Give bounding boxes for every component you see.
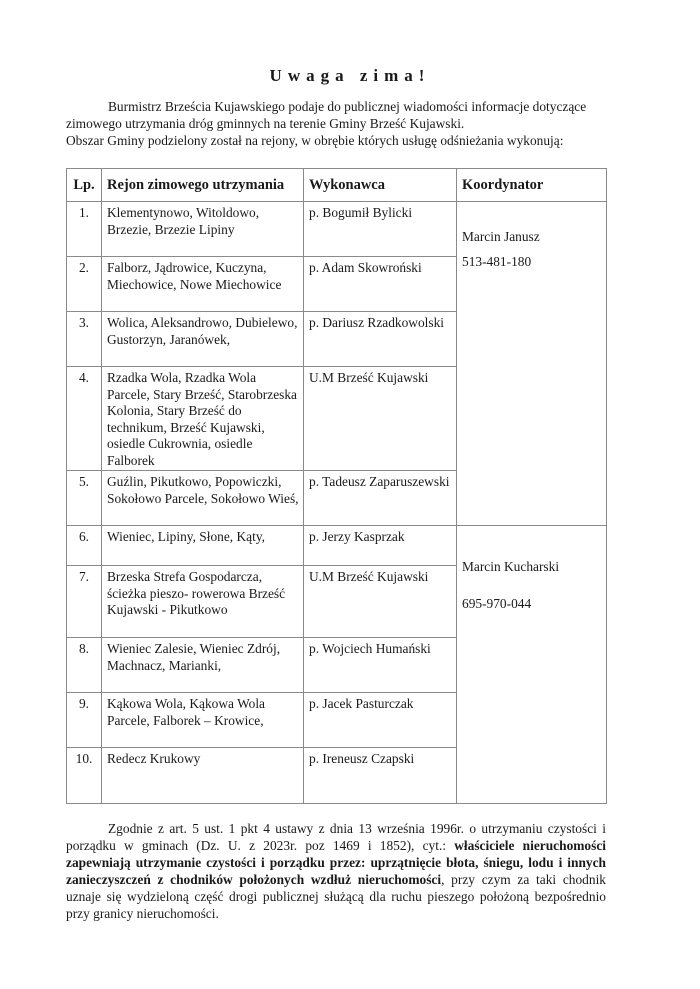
header-lp: Lp. — [67, 169, 102, 202]
table-header-row: Lp. Rejon zimowego utrzymania Wykonawca … — [67, 169, 607, 202]
coordinator-name: Marcin Kucharski — [462, 559, 602, 576]
row-contractor: p. Adam Skowroński — [304, 257, 457, 312]
table-row: 6. Wieniec, Lipiny, Słone, Kąty, p. Jerz… — [67, 526, 607, 566]
coordinator-phone: 695-970-044 — [462, 596, 602, 613]
row-contractor: p. Dariusz Rzadkowolski — [304, 312, 457, 367]
row-lp: 7. — [67, 566, 102, 638]
row-contractor: p. Wojciech Humański — [304, 638, 457, 693]
row-contractor: p. Tadeusz Zaparuszewski — [304, 471, 457, 526]
row-contractor: p. Jacek Pasturczak — [304, 693, 457, 748]
row-region: Redecz Krukowy — [102, 748, 304, 804]
intro-paragraph-2: Obszar Gminy podzielony został na rejony… — [66, 132, 606, 149]
coordinator-name: Marcin Janusz — [462, 229, 602, 246]
row-lp: 1. — [67, 202, 102, 257]
row-contractor: p. Ireneusz Czapski — [304, 748, 457, 804]
header-contractor: Wykonawca — [304, 169, 457, 202]
row-lp: 3. — [67, 312, 102, 367]
row-lp: 5. — [67, 471, 102, 526]
row-region: Wieniec Zalesie, Wieniec Zdrój, Machnacz… — [102, 638, 304, 693]
coordinator-cell-1: Marcin Janusz 513-481-180 — [457, 202, 607, 526]
row-contractor: U.M Brześć Kujawski — [304, 367, 457, 471]
row-region: Brzeska Strefa Gospodarcza, ścieżka pies… — [102, 566, 304, 638]
row-region: Klementynowo, Witoldowo, Brzezie, Brzezi… — [102, 202, 304, 257]
row-region: Falborz, Jądrowice, Kuczyna, Miechowice,… — [102, 257, 304, 312]
header-coordinator: Koordynator — [457, 169, 607, 202]
row-region: Wolica, Aleksandrowo, Dubielewo, Gustorz… — [102, 312, 304, 367]
table-row: 1. Klementynowo, Witoldowo, Brzezie, Brz… — [67, 202, 607, 257]
intro-text: Burmistrz Brześcia Kujawskiego podaje do… — [66, 98, 606, 149]
winter-maintenance-table: Lp. Rejon zimowego utrzymania Wykonawca … — [66, 168, 607, 804]
coordinator-phone: 513-481-180 — [462, 254, 602, 271]
intro-paragraph-1: Burmistrz Brześcia Kujawskiego podaje do… — [66, 98, 606, 132]
row-lp: 2. — [67, 257, 102, 312]
row-contractor: p. Jerzy Kasprzak — [304, 526, 457, 566]
header-region: Rejon zimowego utrzymania — [102, 169, 304, 202]
coordinator-cell-2: Marcin Kucharski 695-970-044 — [457, 526, 607, 804]
row-region: Rzadka Wola, Rzadka Wola Parcele, Stary … — [102, 367, 304, 471]
row-lp: 4. — [67, 367, 102, 471]
row-lp: 8. — [67, 638, 102, 693]
row-lp: 9. — [67, 693, 102, 748]
legal-notice: Zgodnie z art. 5 ust. 1 pkt 4 ustawy z d… — [66, 820, 606, 922]
row-contractor: p. Bogumił Bylicki — [304, 202, 457, 257]
row-region: Kąkowa Wola, Kąkowa Wola Parcele, Falbor… — [102, 693, 304, 748]
row-contractor: U.M Brześć Kujawski — [304, 566, 457, 638]
page-title: Uwaga zima! — [0, 66, 700, 86]
row-region: Wieniec, Lipiny, Słone, Kąty, — [102, 526, 304, 566]
row-lp: 10. — [67, 748, 102, 804]
row-lp: 6. — [67, 526, 102, 566]
row-region: Guźlin, Pikutkowo, Popowiczki, Sokołowo … — [102, 471, 304, 526]
